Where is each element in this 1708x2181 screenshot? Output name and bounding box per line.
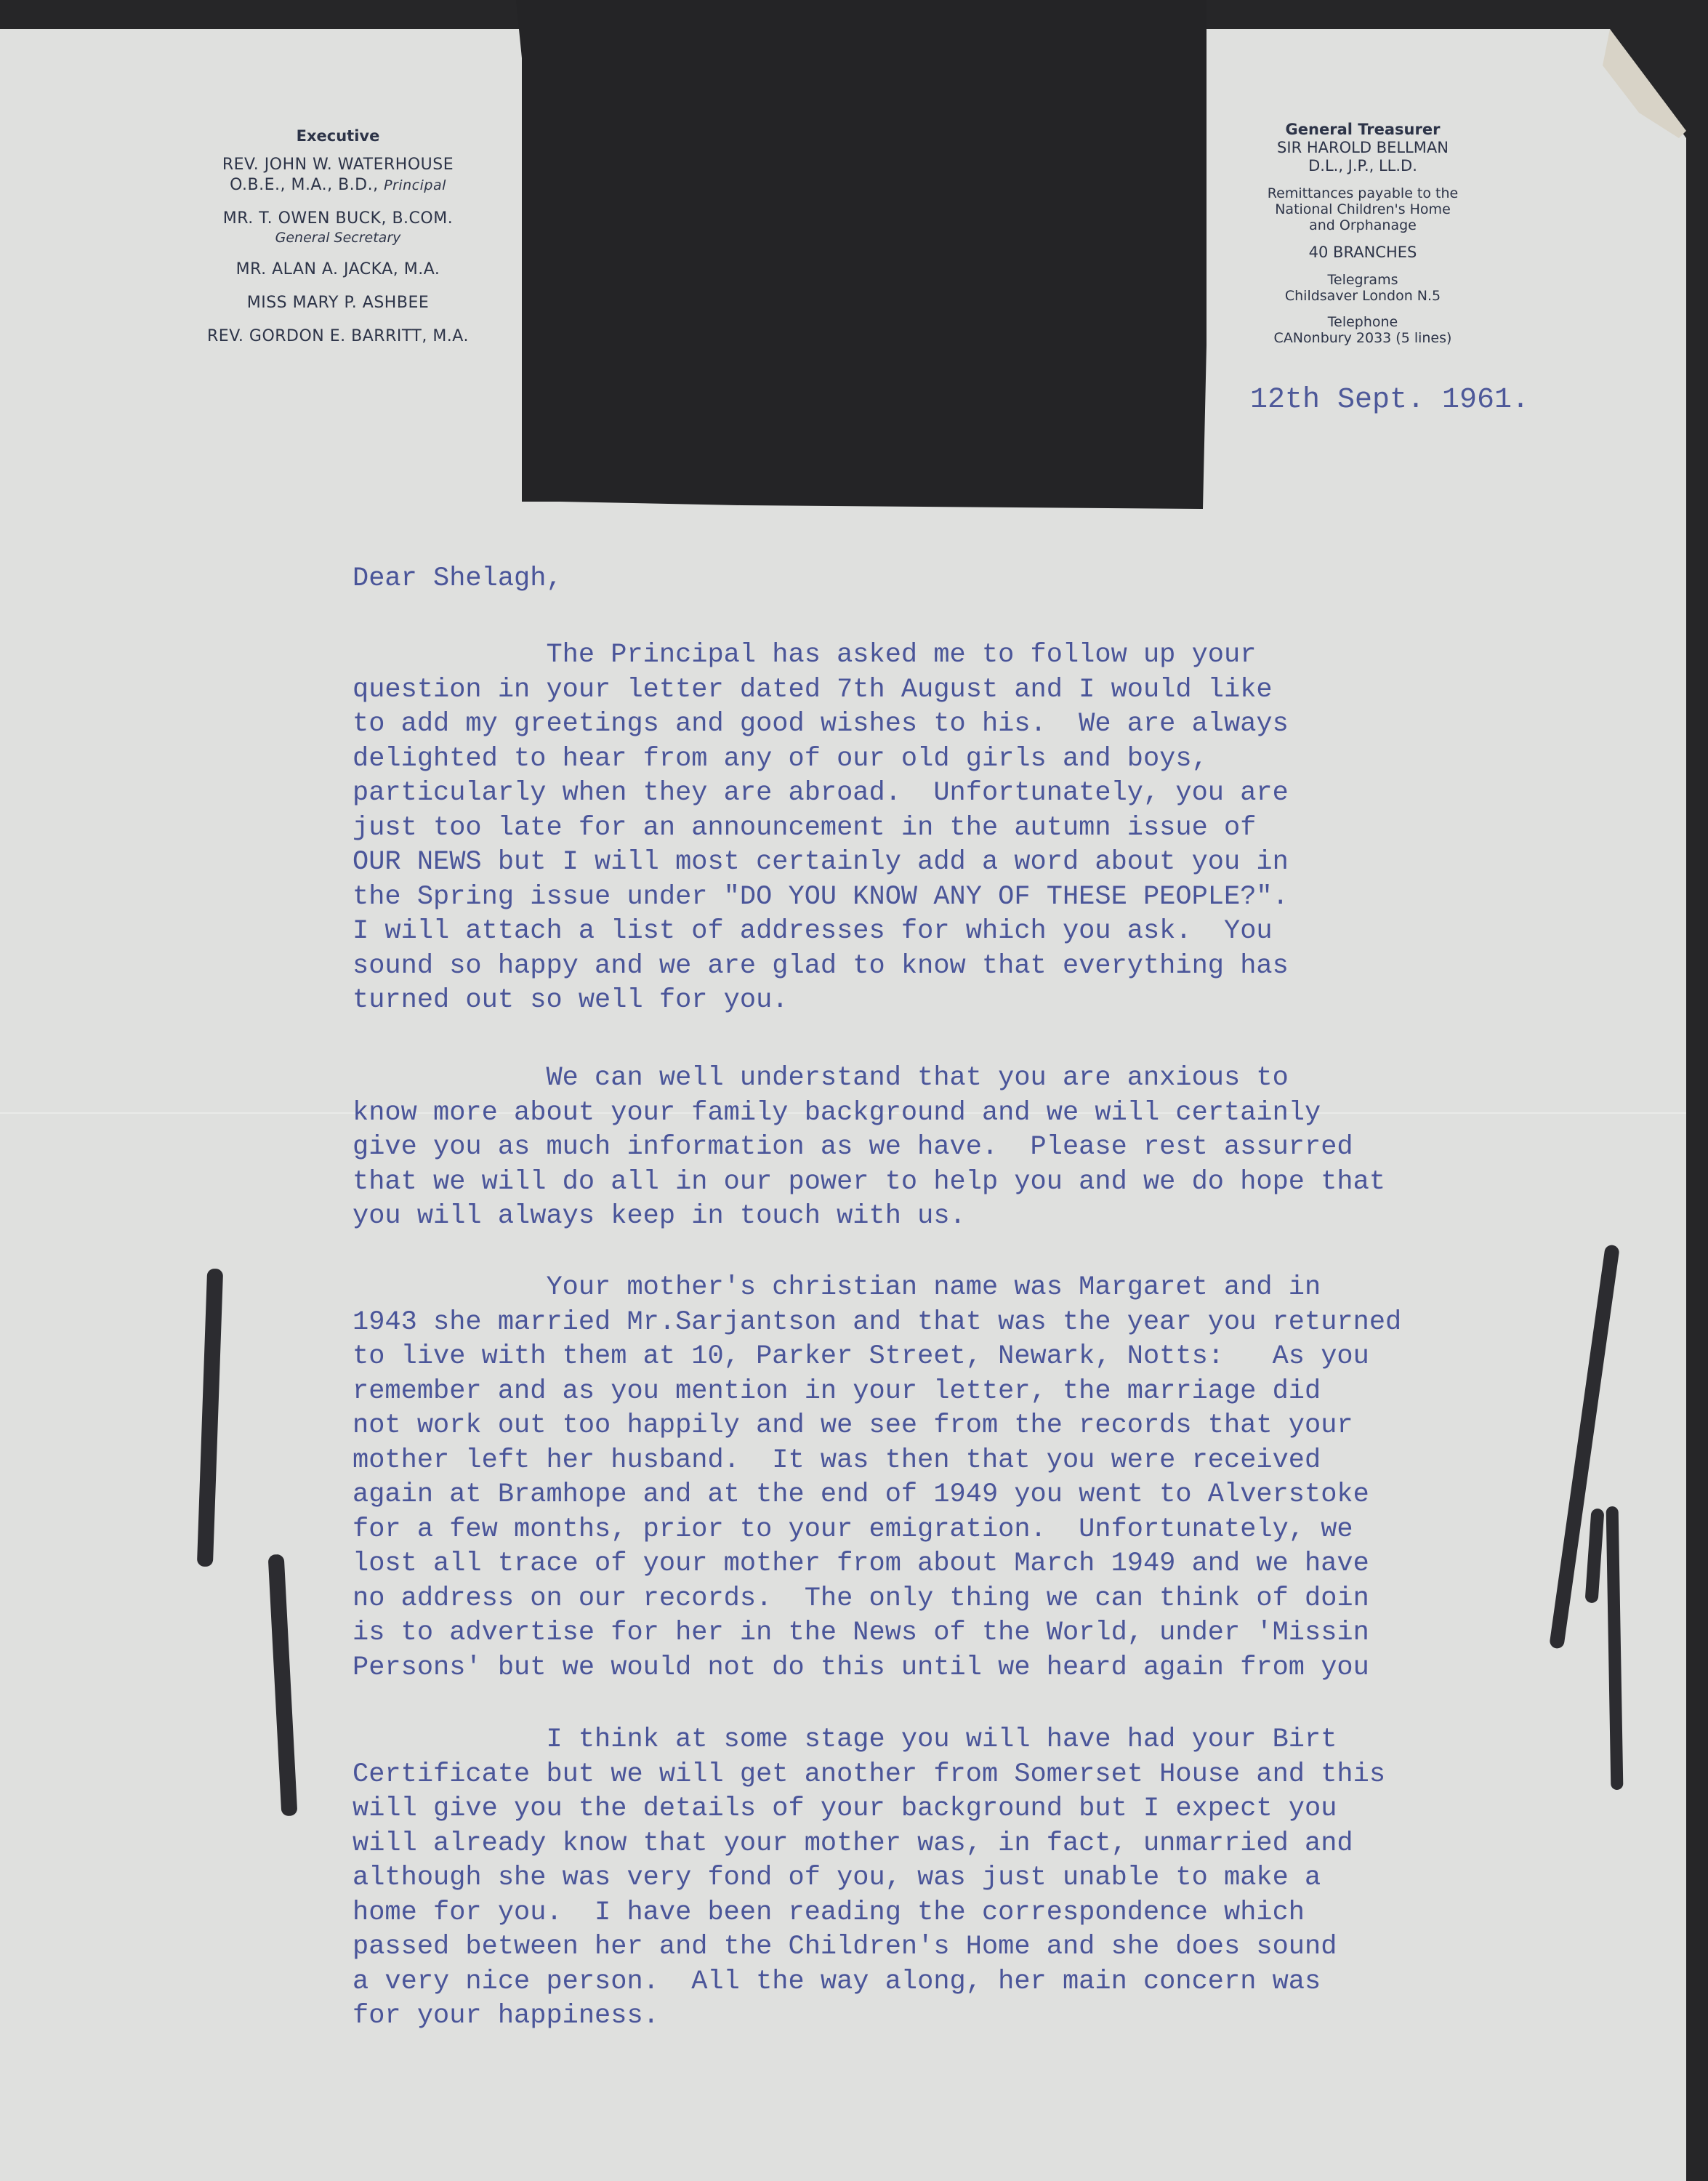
member-name: REV. GORDON E. BARRITT, M.A. — [174, 326, 501, 347]
member-qualifications: O.B.E., M.A., B.D., Principal — [174, 175, 501, 196]
paragraph-4: I think at some stage you will have had … — [353, 1723, 1385, 2034]
member-name: MR. ALAN A. JACKA, M.A. — [174, 260, 501, 280]
text-line: will already know that your mother was, … — [353, 1827, 1385, 1862]
text-line: 1943 she married Mr.Sarjantson and that … — [353, 1306, 1401, 1341]
text-line: although she was very fond of you, was j… — [353, 1861, 1385, 1896]
telegrams-label: Telegrams — [1243, 272, 1483, 288]
telephone-label: Telephone — [1243, 314, 1483, 330]
text-line: to live with them at 10, Parker Street, … — [353, 1340, 1401, 1375]
telephone-number: CANonbury 2033 (5 lines) — [1243, 330, 1483, 346]
text-line: know more about your family background a… — [353, 1096, 1385, 1131]
text-line: to add my greetings and good wishes to h… — [353, 707, 1289, 742]
scan-background-edge — [1686, 0, 1708, 2181]
text-line: just too late for an announcement in the… — [353, 811, 1289, 846]
remittance-line: National Children's Home — [1243, 201, 1483, 217]
text-line: We can well understand that you are anxi… — [353, 1061, 1385, 1096]
letter-date: 12th Sept. 1961. — [1250, 384, 1529, 417]
text-line: OUR NEWS but I will most certainly add a… — [353, 846, 1289, 880]
text-line: that we will do all in our power to help… — [353, 1165, 1385, 1200]
redaction-patch — [516, 0, 1207, 513]
paragraph-1: The Principal has asked me to follow up … — [353, 638, 1289, 1019]
salutation: Dear Shelagh, — [353, 563, 563, 594]
member-name: MISS MARY P. ASHBEE — [174, 293, 501, 313]
executive-heading: Executive — [174, 127, 501, 145]
text-line: not work out too happily and we see from… — [353, 1409, 1401, 1444]
text-line: mother left her husband. It was then tha… — [353, 1444, 1401, 1479]
text-line: the Spring issue under "DO YOU KNOW ANY … — [353, 880, 1289, 915]
treasurer-heading: General Treasurer — [1243, 120, 1483, 139]
member-name: REV. JOHN W. WATERHOUSE — [174, 155, 501, 175]
text-line: Your mother's christian name was Margare… — [353, 1271, 1401, 1306]
text-line: The Principal has asked me to follow up … — [353, 638, 1289, 673]
member-role: General Secretary — [174, 229, 501, 246]
letterhead-treasurer: General Treasurer SIR HAROLD BELLMAN D.L… — [1243, 120, 1483, 346]
text-line: again at Bramhope and at the end of 1949… — [353, 1478, 1401, 1513]
text-line: turned out so well for you. — [353, 984, 1289, 1019]
treasurer-qualifications: D.L., J.P., LL.D. — [1243, 157, 1483, 175]
qualifications-text: O.B.E., M.A., B.D., — [230, 176, 379, 194]
text-line: will give you the details of your backgr… — [353, 1792, 1385, 1827]
text-line: lost all trace of your mother from about… — [353, 1547, 1401, 1582]
member-role: Principal — [384, 177, 446, 193]
text-line: for a few months, prior to your emigrati… — [353, 1513, 1401, 1548]
text-line: for your happiness. — [353, 1999, 1385, 2034]
text-line: particularly when they are abroad. Unfor… — [353, 776, 1289, 811]
text-line: you will always keep in touch with us. — [353, 1200, 1385, 1234]
member-name: MR. T. OWEN BUCK, B.COM. — [174, 209, 501, 229]
letterhead-executive: Executive REV. JOHN W. WATERHOUSE O.B.E.… — [174, 127, 501, 360]
text-line: no address on our records. The only thin… — [353, 1582, 1401, 1617]
telegrams-address: Childsaver London N.5 — [1243, 288, 1483, 304]
text-line: question in your letter dated 7th August… — [353, 673, 1289, 708]
text-line: Persons' but we would not do this until … — [353, 1651, 1401, 1686]
text-line: delighted to hear from any of our old gi… — [353, 742, 1289, 777]
text-line: I will attach a list of addresses for wh… — [353, 915, 1289, 949]
text-line: Certificate but we will get another from… — [353, 1758, 1385, 1793]
text-line: a very nice person. All the way along, h… — [353, 1965, 1385, 2000]
branches-count: 40 BRANCHES — [1243, 244, 1483, 262]
text-line: home for you. I have been reading the co… — [353, 1896, 1385, 1931]
text-line: I think at some stage you will have had … — [353, 1723, 1385, 1758]
treasurer-name: SIR HAROLD BELLMAN — [1243, 139, 1483, 157]
text-line: passed between her and the Children's Ho… — [353, 1930, 1385, 1965]
text-line: remember and as you mention in your lett… — [353, 1375, 1401, 1410]
remittance-line: and Orphanage — [1243, 217, 1483, 233]
paragraph-2: We can well understand that you are anxi… — [353, 1061, 1385, 1234]
paragraph-3: Your mother's christian name was Margare… — [353, 1271, 1401, 1685]
remittance-line: Remittances payable to the — [1243, 185, 1483, 201]
text-line: sound so happy and we are glad to know t… — [353, 949, 1289, 984]
text-line: is to advertise for her in the News of t… — [353, 1616, 1401, 1651]
text-line: give you as much information as we have.… — [353, 1130, 1385, 1165]
